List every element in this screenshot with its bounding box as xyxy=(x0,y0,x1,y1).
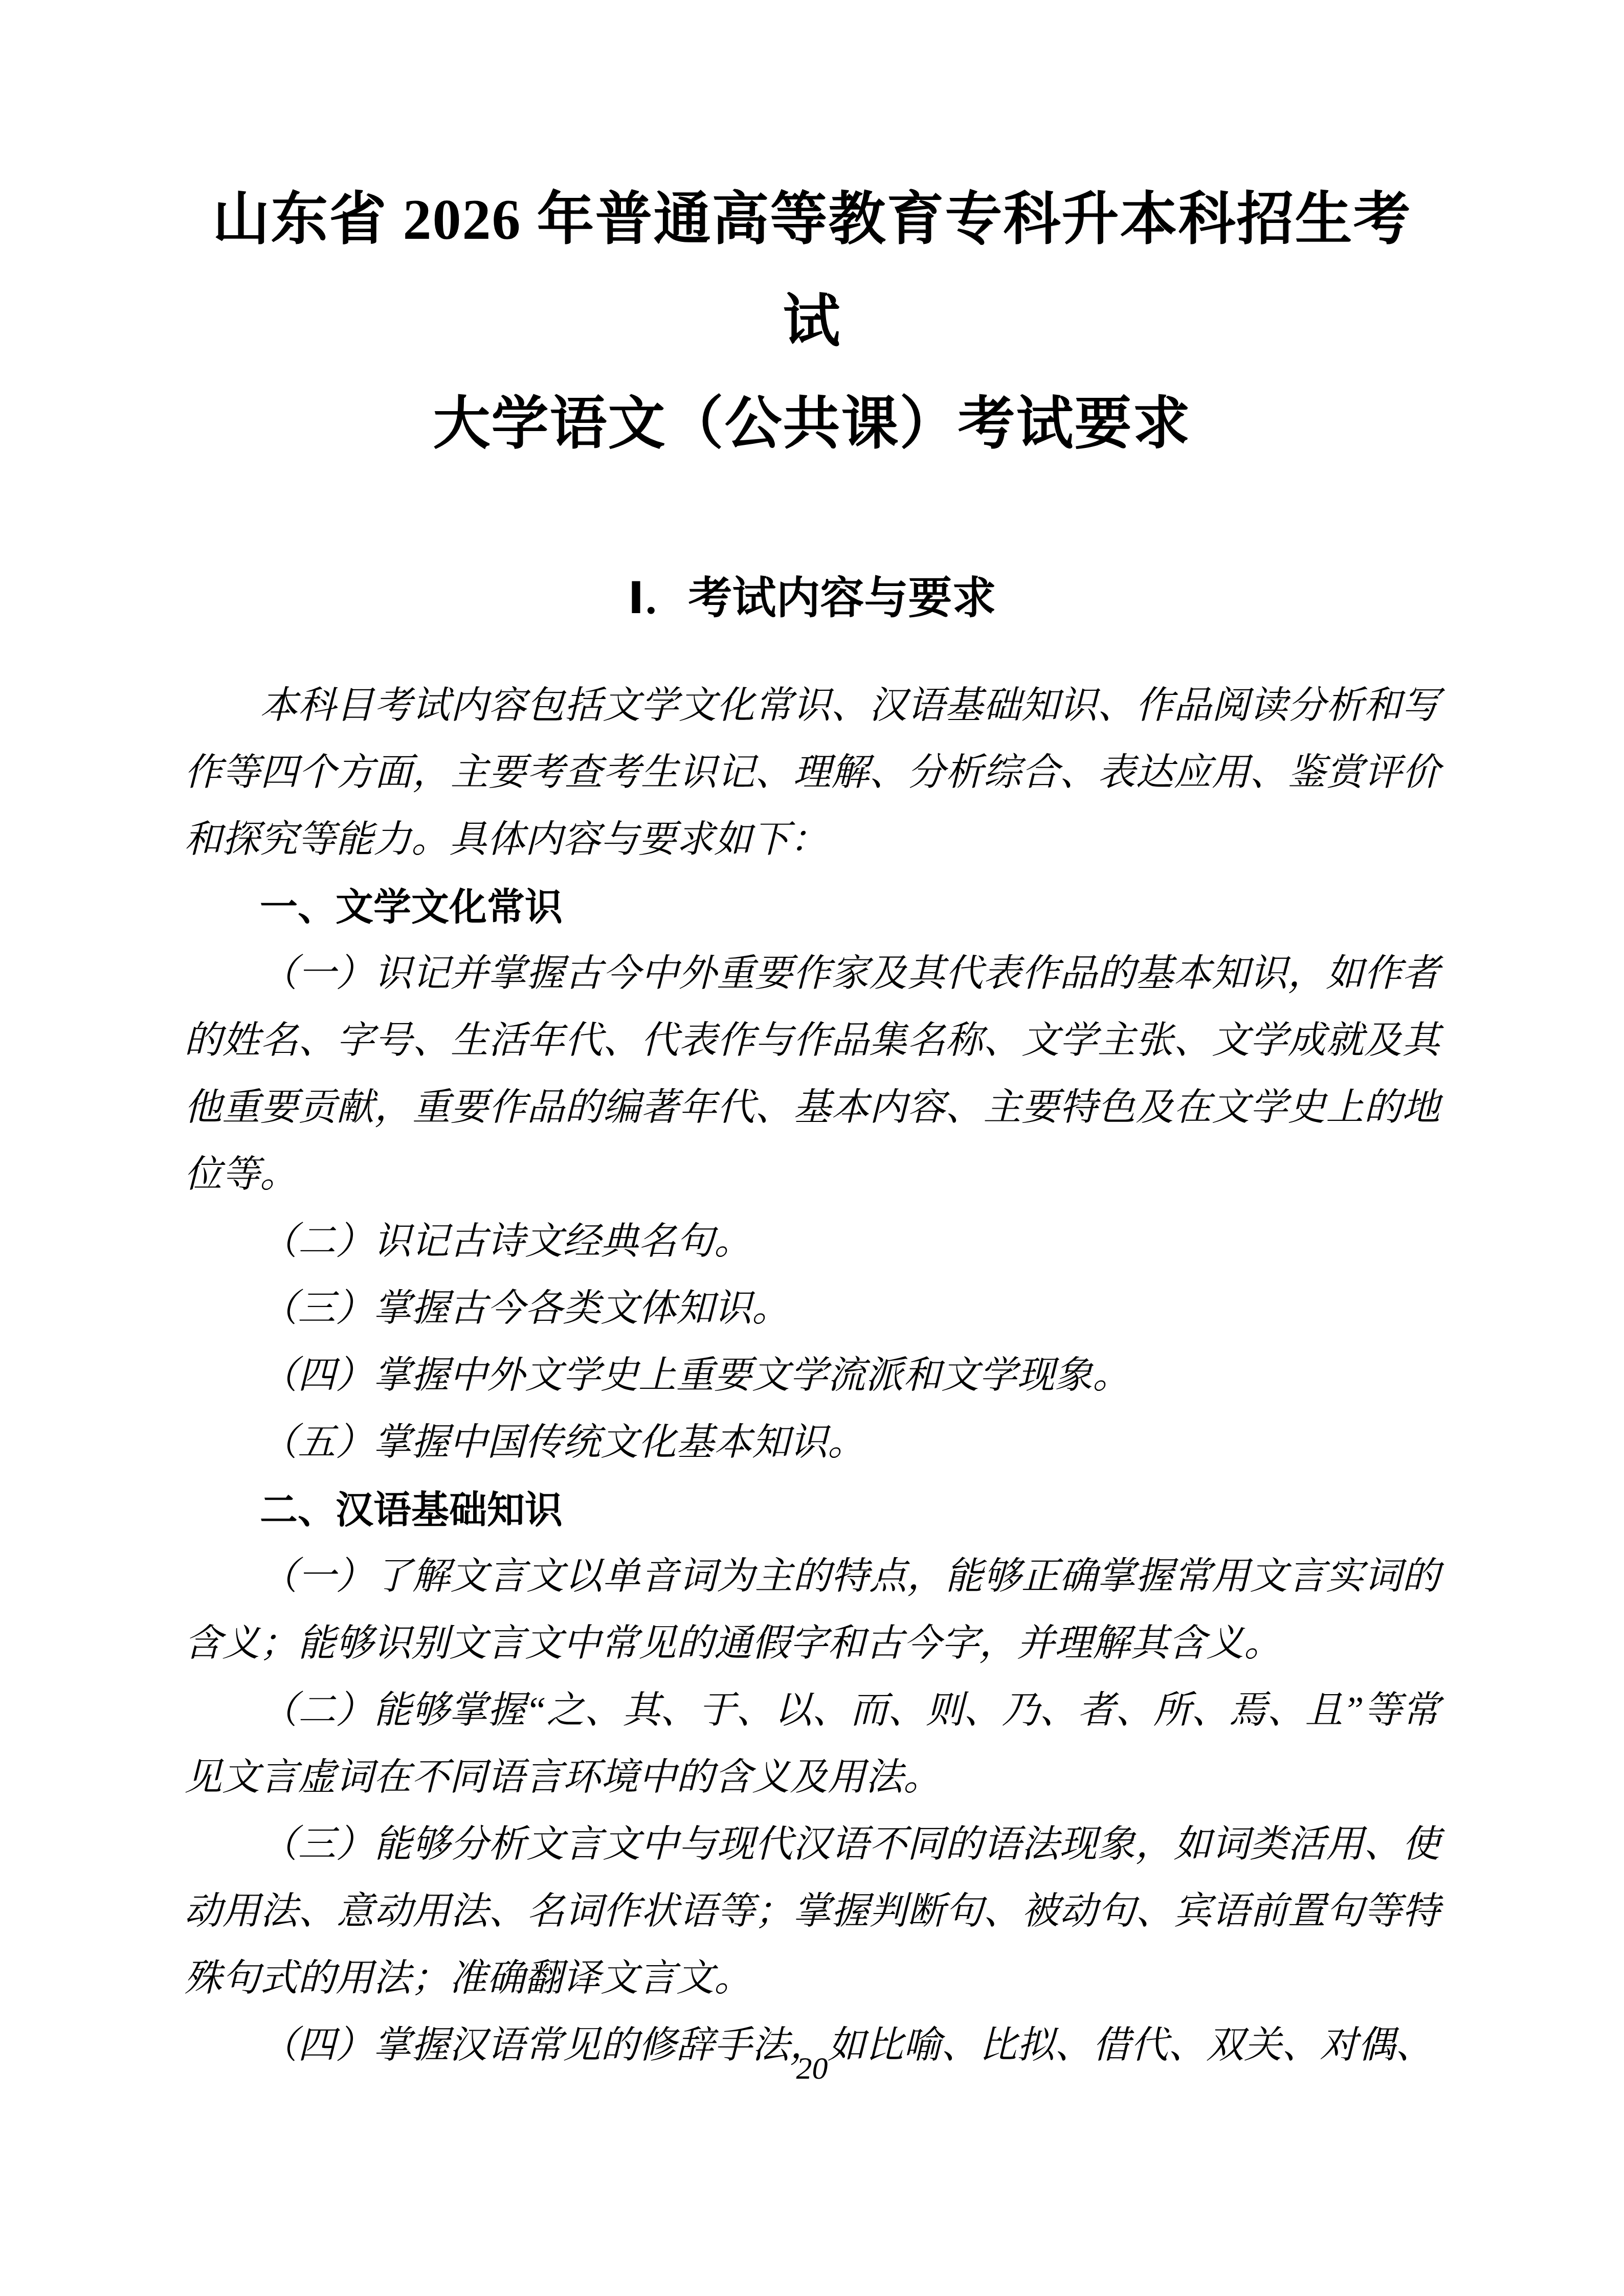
document-body: 本科目考试内容包括文学文化常识、汉语基础知识、作品阅读分析和写作等四个方面，主要… xyxy=(184,672,1440,2079)
body-subheading: 二、汉语基础知识 xyxy=(184,1476,1440,1543)
body-paragraph: （三）能够分析文言文中与现代汉语不同的语法现象，如词类活用、使动用法、意动用法、… xyxy=(184,1811,1440,2012)
body-paragraph: （二）识记古诗文经典名句。 xyxy=(184,1208,1440,1275)
body-paragraph: （三）掌握古今各类文体知识。 xyxy=(184,1275,1440,1342)
document-title-line2: 大学语文（公共课）考试要求 xyxy=(184,373,1440,476)
body-paragraph: 本科目考试内容包括文学文化常识、汉语基础知识、作品阅读分析和写作等四个方面，主要… xyxy=(184,672,1440,873)
body-paragraph: （一）识记并掌握古今中外重要作家及其代表作品的基本知识，如作者的姓名、字号、生活… xyxy=(184,940,1440,1208)
body-paragraph: （五）掌握中国传统文化基本知识。 xyxy=(184,1409,1440,1476)
page-number: 20 xyxy=(0,2045,1624,2091)
document-page: 山东省 2026 年普通高等教育专科升本科招生考试 大学语文（公共课）考试要求 … xyxy=(0,0,1624,2296)
document-title: 山东省 2026 年普通高等教育专科升本科招生考试 大学语文（公共课）考试要求 xyxy=(184,169,1440,476)
body-paragraph: （四）掌握中外文学史上重要文学流派和文学现象。 xyxy=(184,1342,1440,1409)
body-paragraph: （一）了解文言文以单音词为主的特点，能够正确掌握常用文言实词的含义；能够识别文言… xyxy=(184,1543,1440,1677)
body-paragraph: （二）能够掌握“之、其、于、以、而、则、乃、者、所、焉、且”等常见文言虚词在不同… xyxy=(184,1677,1440,1811)
body-subheading: 一、文学文化常识 xyxy=(184,873,1440,940)
section-heading: Ⅰ．考试内容与要求 xyxy=(184,565,1440,632)
document-title-line1: 山东省 2026 年普通高等教育专科升本科招生考试 xyxy=(184,169,1440,373)
